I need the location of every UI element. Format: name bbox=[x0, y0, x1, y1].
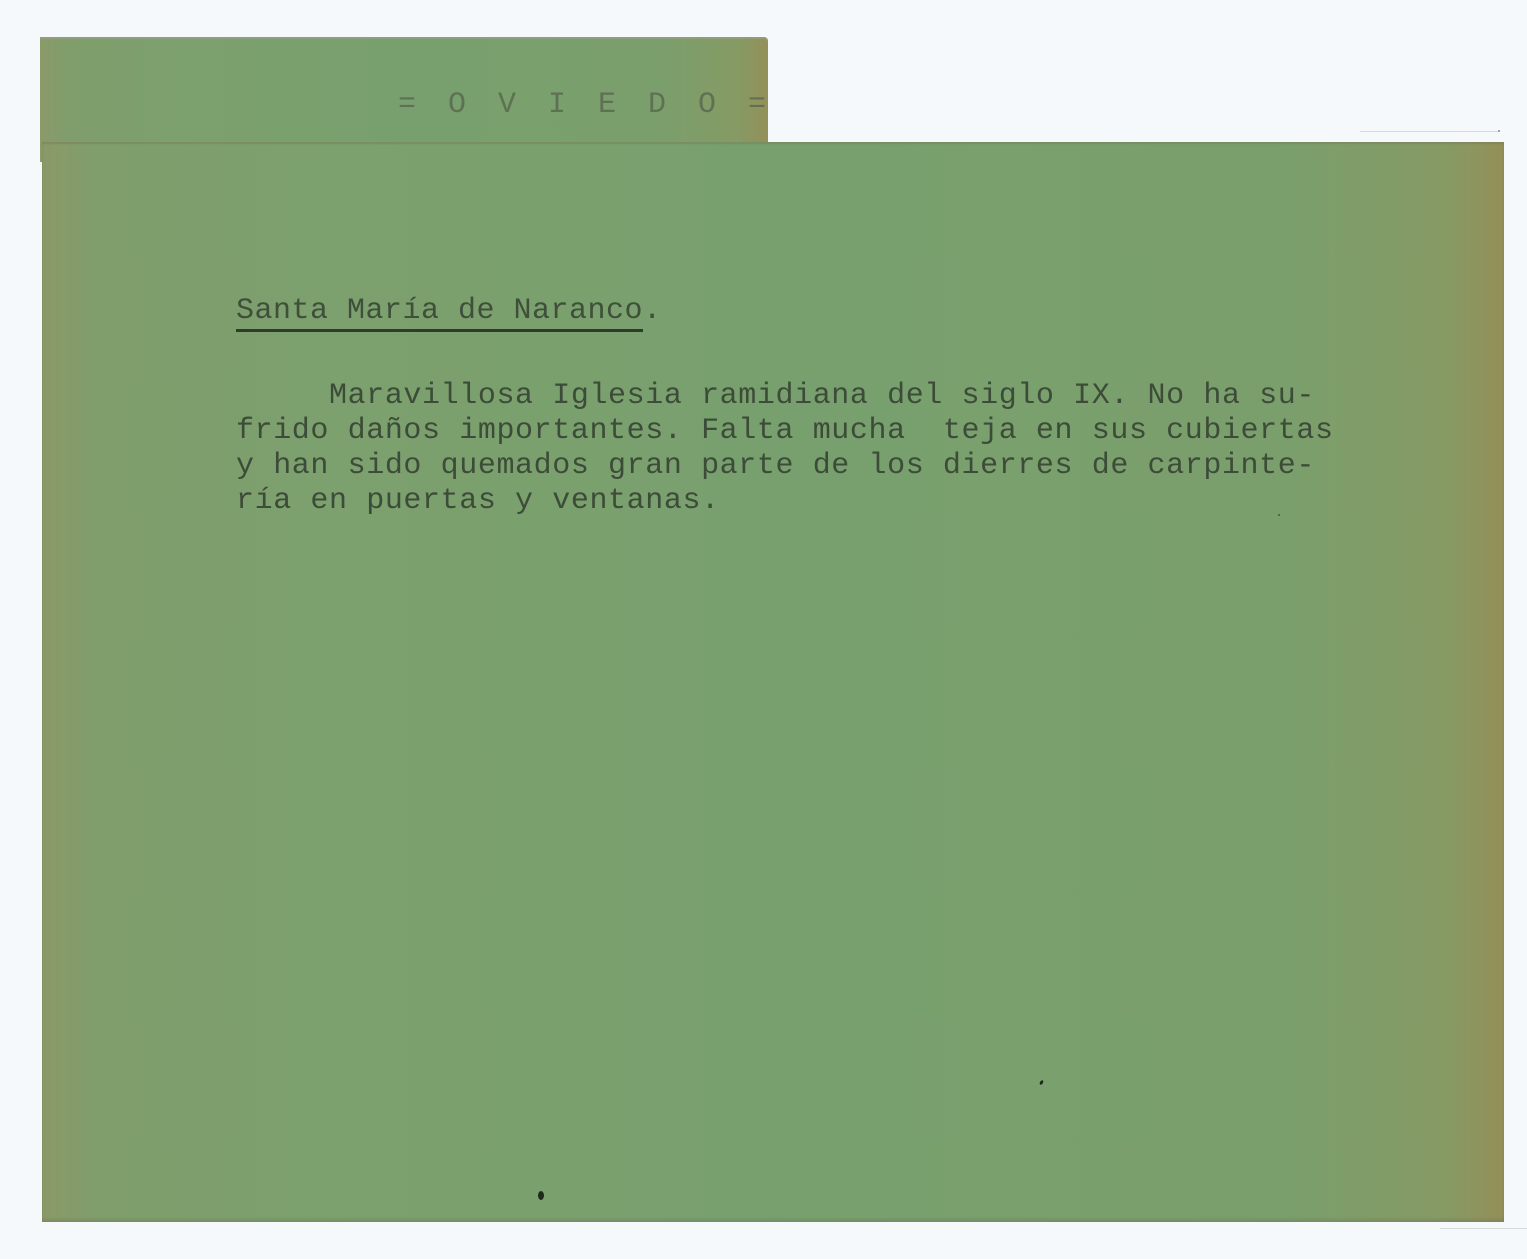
scan-edge-mark bbox=[1498, 130, 1500, 132]
heading-period: . bbox=[643, 294, 662, 328]
body-line: ría en puertas y ventanas. bbox=[236, 484, 1334, 519]
scan-edge-line bbox=[1360, 131, 1500, 132]
body-line: frido daños importantes. Falta mucha tej… bbox=[236, 414, 1334, 449]
body-line: Maravillosa Iglesia ramidiana del siglo … bbox=[236, 379, 1334, 414]
card-body-text: Maravillosa Iglesia ramidiana del siglo … bbox=[236, 379, 1334, 519]
body-line: y han sido quemados gran parte de los di… bbox=[236, 449, 1334, 484]
scan-edge-line-bottom bbox=[1440, 1228, 1527, 1229]
card-tab-label: = O V I E D O = bbox=[398, 88, 773, 122]
heading-underlined: Santa María de Naranco bbox=[236, 294, 643, 332]
ink-speck bbox=[1278, 514, 1280, 516]
card-heading: Santa María de Naranco. bbox=[236, 294, 662, 328]
ink-speck bbox=[538, 1191, 544, 1200]
